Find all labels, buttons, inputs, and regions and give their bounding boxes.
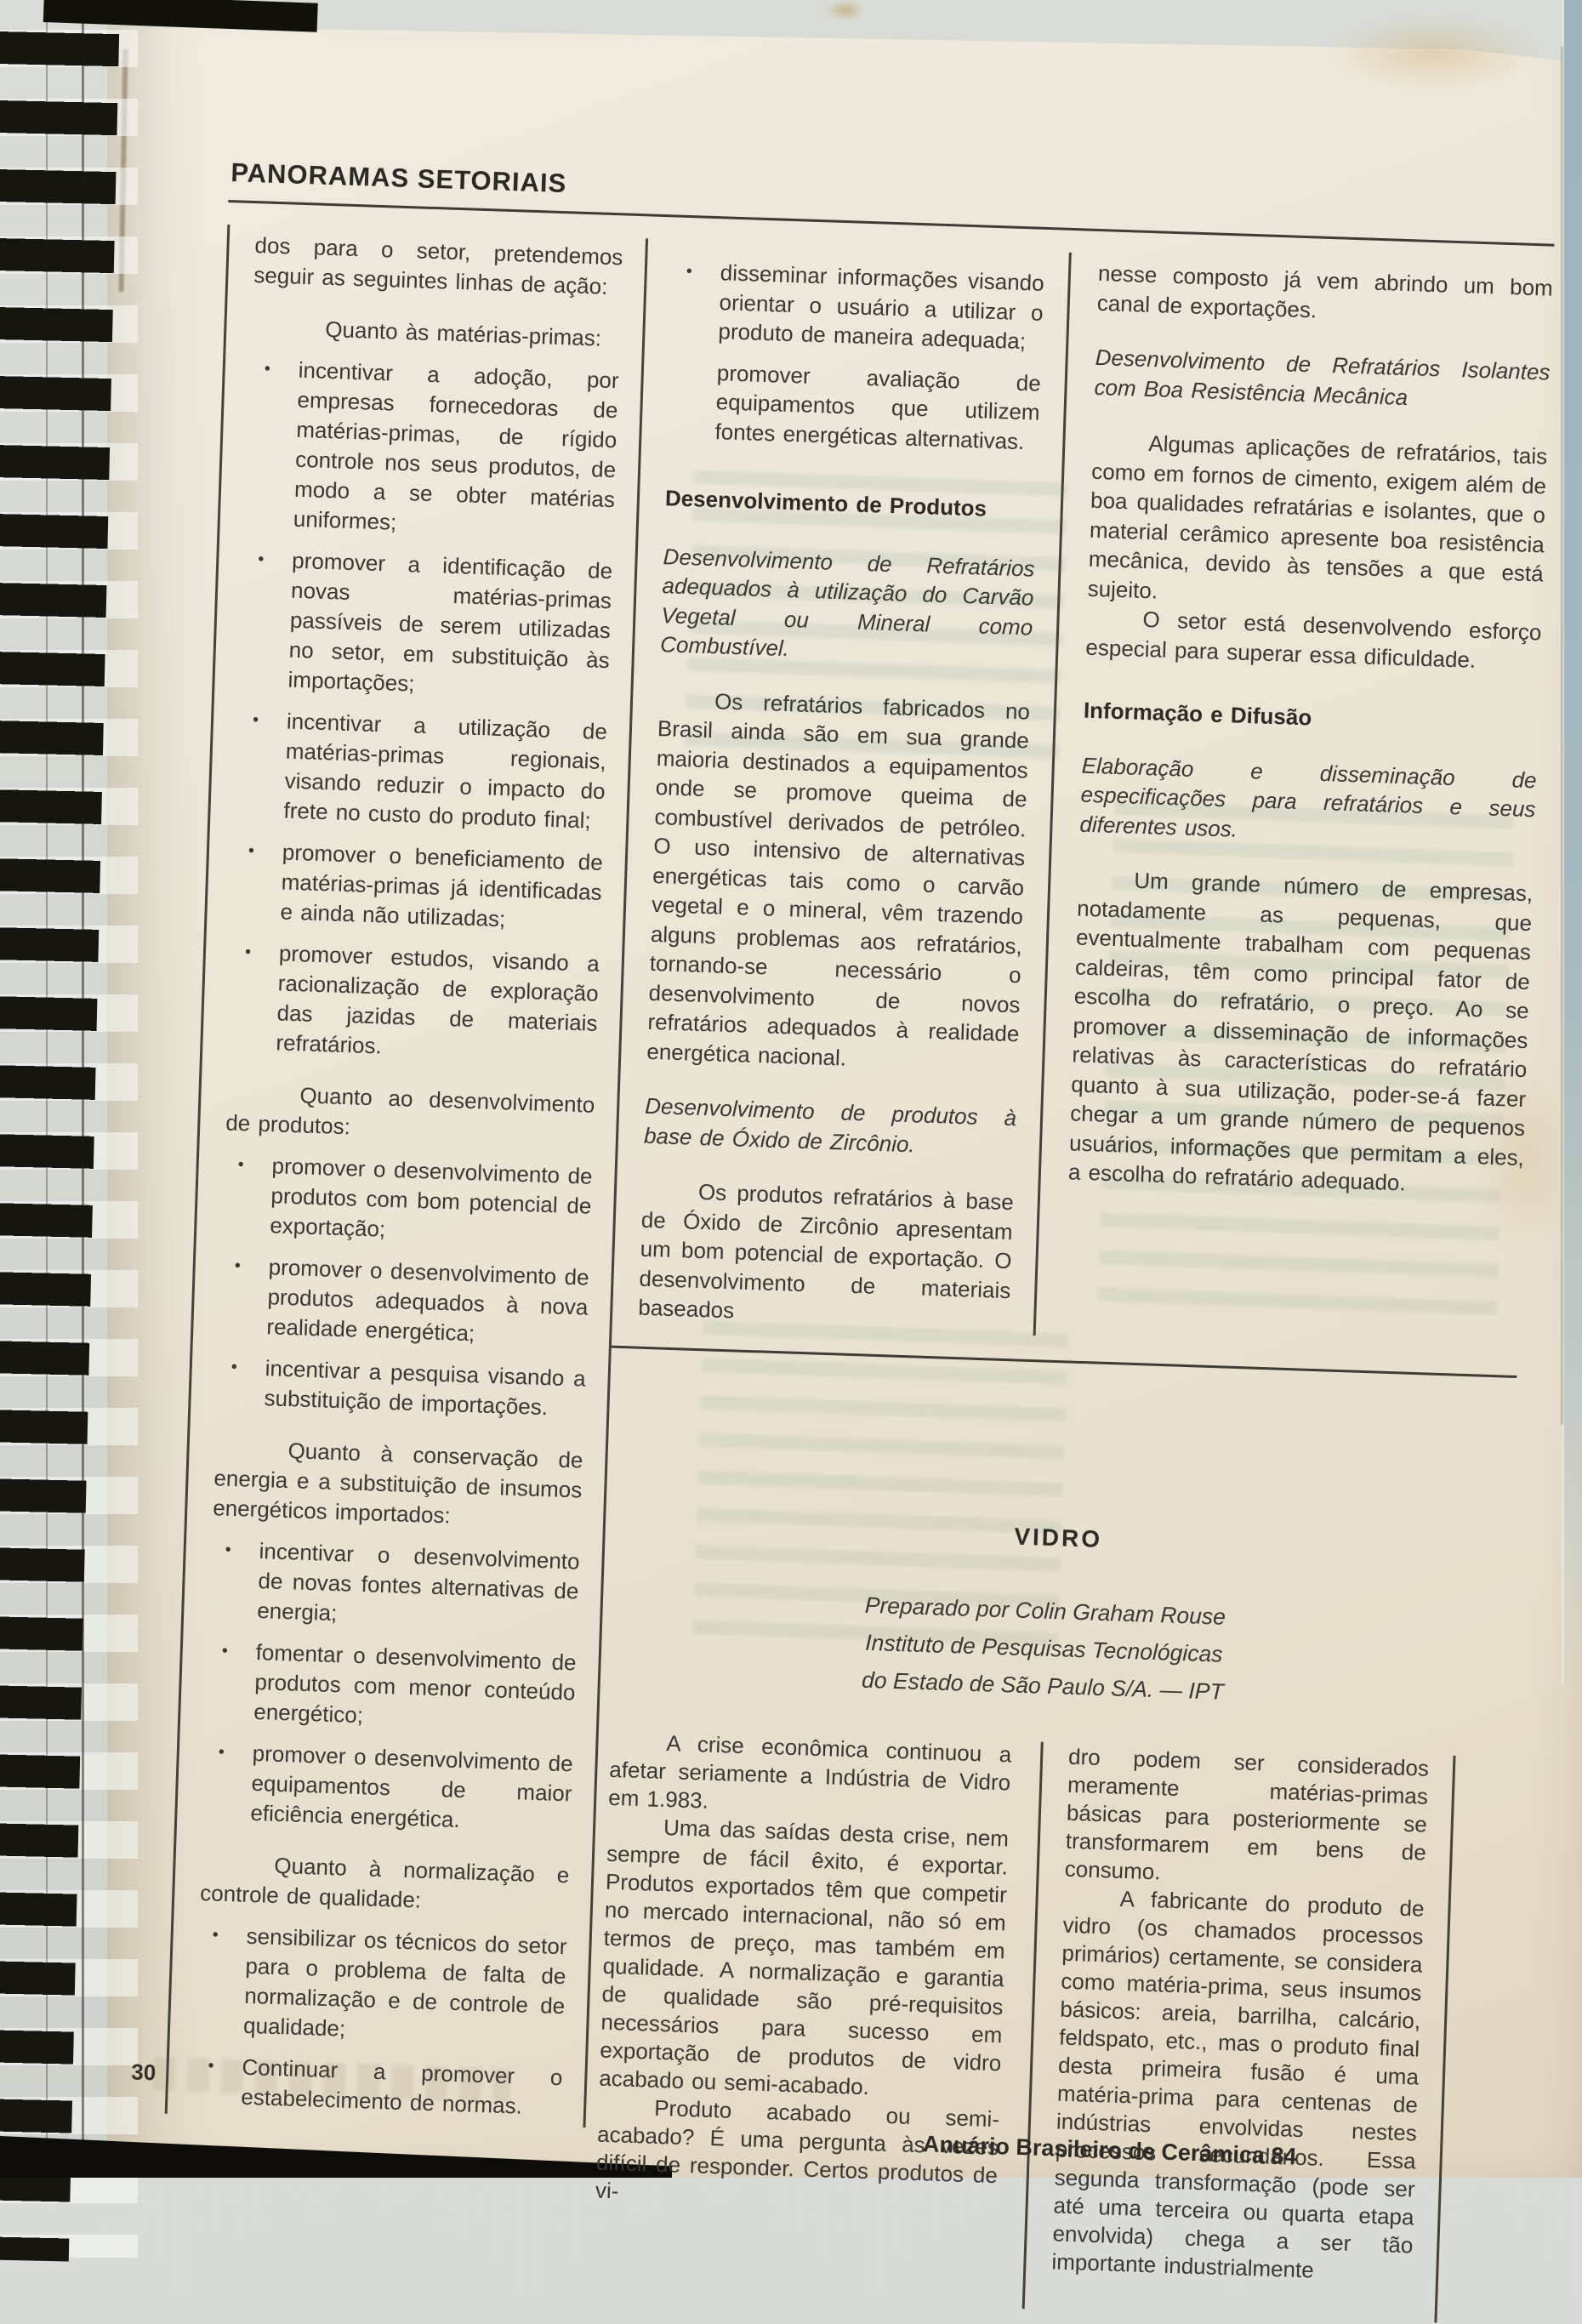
vidro-columns: A crise econômica continuou a afetar ser… (580, 1727, 1505, 2178)
bullet-icon: • (258, 544, 265, 574)
section-lead: Quanto às matérias-primas: (252, 312, 621, 354)
list-item-text: incentivar a utilização de matérias-prim… (283, 709, 607, 834)
bullet-icon: • (237, 1150, 244, 1180)
list-item-text: sensibilizar os técnicos do setor para o… (243, 1923, 567, 2042)
columns: dos para o setor, pretendemos seguir as … (159, 225, 1553, 2178)
list-item: •promover estudos, visando a racionaliza… (228, 937, 600, 1068)
paragraph: Os produtos refratários à base de Óxido … (638, 1176, 1014, 1335)
bullet-icon: • (218, 1738, 225, 1768)
section-lead: Quanto à conservação de energia e a subs… (213, 1433, 583, 1535)
page-edge-shadow (1561, 47, 1563, 1425)
list-item-text: promover o beneficiamento de matérias-pr… (280, 840, 603, 932)
bullet-icon: • (244, 937, 251, 967)
bullet-icon: • (230, 1353, 237, 1382)
binding-spine-line (46, 0, 48, 2178)
bullet-icon: • (252, 705, 259, 735)
subheading-italic: Desenvolvimento de produtos à base de Óx… (644, 1091, 1017, 1162)
list-item-text: promover o desenvolvimento de equipament… (250, 1740, 573, 1832)
section-heading: Desenvolvimento de Produtos (664, 483, 1037, 525)
bullet-icon: • (686, 257, 692, 287)
section-lead: Quanto ao desenvolvimento de produtos: (225, 1078, 595, 1149)
subheading-italic: Desenvolvimento de Refratários adequados… (660, 542, 1035, 671)
paragraph: dro podem ser considerados meramente mat… (1064, 1742, 1429, 1894)
bullet-icon: • (225, 1535, 231, 1565)
refractories-columns: •disseminar informações visando orientar… (612, 238, 1554, 1351)
vidro-column-left: A crise econômica continuou a afetar ser… (583, 1727, 1040, 2178)
vidro-byline: Preparado por Colin Graham Rouse Institu… (744, 1582, 1343, 1714)
paragraph: dos para o setor, pretendemos seguir as … (253, 231, 623, 302)
column-right: nesse composto já vem abrindo um bom can… (1033, 253, 1554, 1352)
list-item-text: disseminar informações visando orientar … (718, 259, 1044, 354)
subheading-italic: Desenvolvimento de Refratários Isolantes… (1094, 343, 1551, 417)
vidro-title: VIDRO (605, 1509, 1511, 1566)
page-number: 30 (131, 2059, 156, 2086)
binding-spine-line (82, 0, 84, 2178)
list-item: •promover o desenvolvimento de produtos … (222, 1149, 593, 1250)
vidro-section: VIDRO Preparado por Colin Graham Rouse I… (580, 1347, 1517, 2178)
list-item: •sensibilizar os técnicos do setor para … (196, 1920, 567, 2051)
bullet-icon: • (264, 354, 270, 384)
paper-stain (1327, 15, 1539, 92)
list-item: •Continuar a promover o estabelecimento … (193, 2051, 563, 2122)
paragraph: Algumas aplicações de refratários, tais … (1087, 427, 1548, 618)
paragraph: Os refratários fabricados no Brasil aind… (646, 685, 1031, 1079)
page-content: PANORAMAS SETORIAIS dos para o setor, pr… (159, 157, 1556, 2178)
list-item: promover avaliação de equipamentos que u… (667, 356, 1041, 457)
column-left: dos para o setor, pretendemos seguir as … (165, 225, 648, 2127)
list-item: •incentivar a pesquisa visando a substit… (216, 1352, 586, 1423)
list-item-text: promover estudos, visando a racionalizaç… (276, 940, 600, 1058)
list-item-text: promover a identificação de novas matéri… (287, 548, 612, 697)
list-item: •promover a identificação de novas matér… (240, 544, 613, 705)
section-lead: Quanto à normalização e controle de qual… (200, 1848, 570, 1920)
paragraph: A fabricante do produto de vidro (os cha… (1051, 1883, 1425, 2178)
bullet-icon: • (221, 1637, 228, 1666)
list-item: •incentivar o desenvolvimento de novas f… (209, 1535, 580, 1636)
bullet-icon: • (234, 1251, 241, 1281)
paragraph: nesse composto já vem abrindo um bom can… (1096, 259, 1553, 333)
paper-stain (827, 0, 864, 20)
list-item: •promover o beneficiamento de matérias-p… (232, 836, 603, 937)
list-item-text: fomentar o desenvolvimento de produtos c… (253, 1639, 577, 1728)
bullet-icon: • (212, 1920, 219, 1950)
list-item-text: promover avaliação de equipamentos que u… (714, 360, 1041, 454)
scan-right-edge (1562, 0, 1582, 1684)
list-item-text: promover o desenvolvimento de produtos c… (270, 1153, 593, 1241)
subheading-italic: Elaboração e disseminação de especificaç… (1079, 750, 1537, 853)
right-columns: •disseminar informações visando orientar… (580, 238, 1554, 2178)
vidro-column-right: dro podem ser considerados meramente mat… (1022, 1741, 1456, 2178)
paragraph: Um grande número de empresas, notadament… (1067, 864, 1533, 1202)
list-item-text: Continuar a promover o estabelecimento d… (241, 2054, 563, 2119)
list-item: •promover o desenvolvimento de produtos … (219, 1250, 589, 1352)
list-item-text: incentivar o desenvolvimento de novas fo… (257, 1538, 580, 1626)
paragraph: A crise econômica continuou a afetar ser… (608, 1727, 1012, 1825)
list-item-text: incentivar a adoção, por empresas fornec… (293, 357, 619, 535)
bullet-icon: • (208, 2051, 214, 2081)
bullet-icon: • (248, 836, 254, 866)
list-item-text: incentivar a pesquisa visando a substitu… (264, 1355, 586, 1420)
section-heading: Informação e Difusão (1083, 696, 1539, 740)
list-item: •disseminar informações visando orientar… (670, 256, 1044, 356)
list-item-text: promover o desenvolvimento de produtos a… (266, 1254, 589, 1346)
list-item: •incentivar a adoção, por empresas forne… (245, 354, 619, 544)
list-item: •promover o desenvolvimento de equipamen… (202, 1737, 573, 1838)
list-item: •incentivar a utilização de matérias-pri… (236, 705, 607, 836)
paragraph: Uma das saídas desta crise, nem sempre d… (599, 1811, 1010, 2105)
column-middle: •disseminar informações visando orientar… (612, 238, 1069, 1335)
list-item: •fomentar o desenvolvimento de produtos … (206, 1636, 577, 1737)
